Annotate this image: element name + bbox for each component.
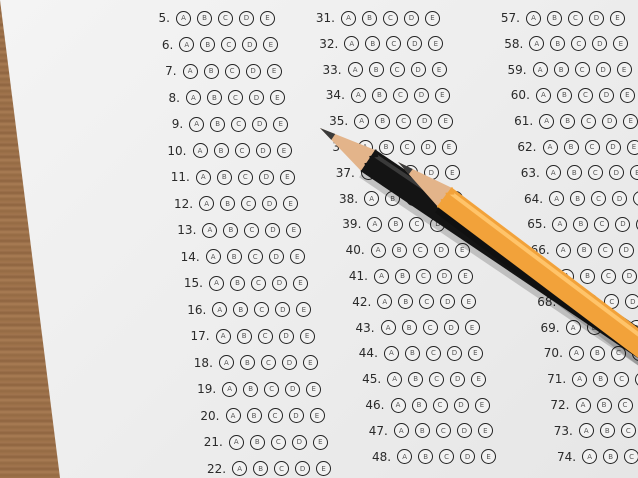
black-pencil xyxy=(309,117,638,412)
photo-scene: 5.ABCDE6.ABCDE7.ABCDE8.ABCDE9.ABCDE10.AB… xyxy=(0,0,638,478)
